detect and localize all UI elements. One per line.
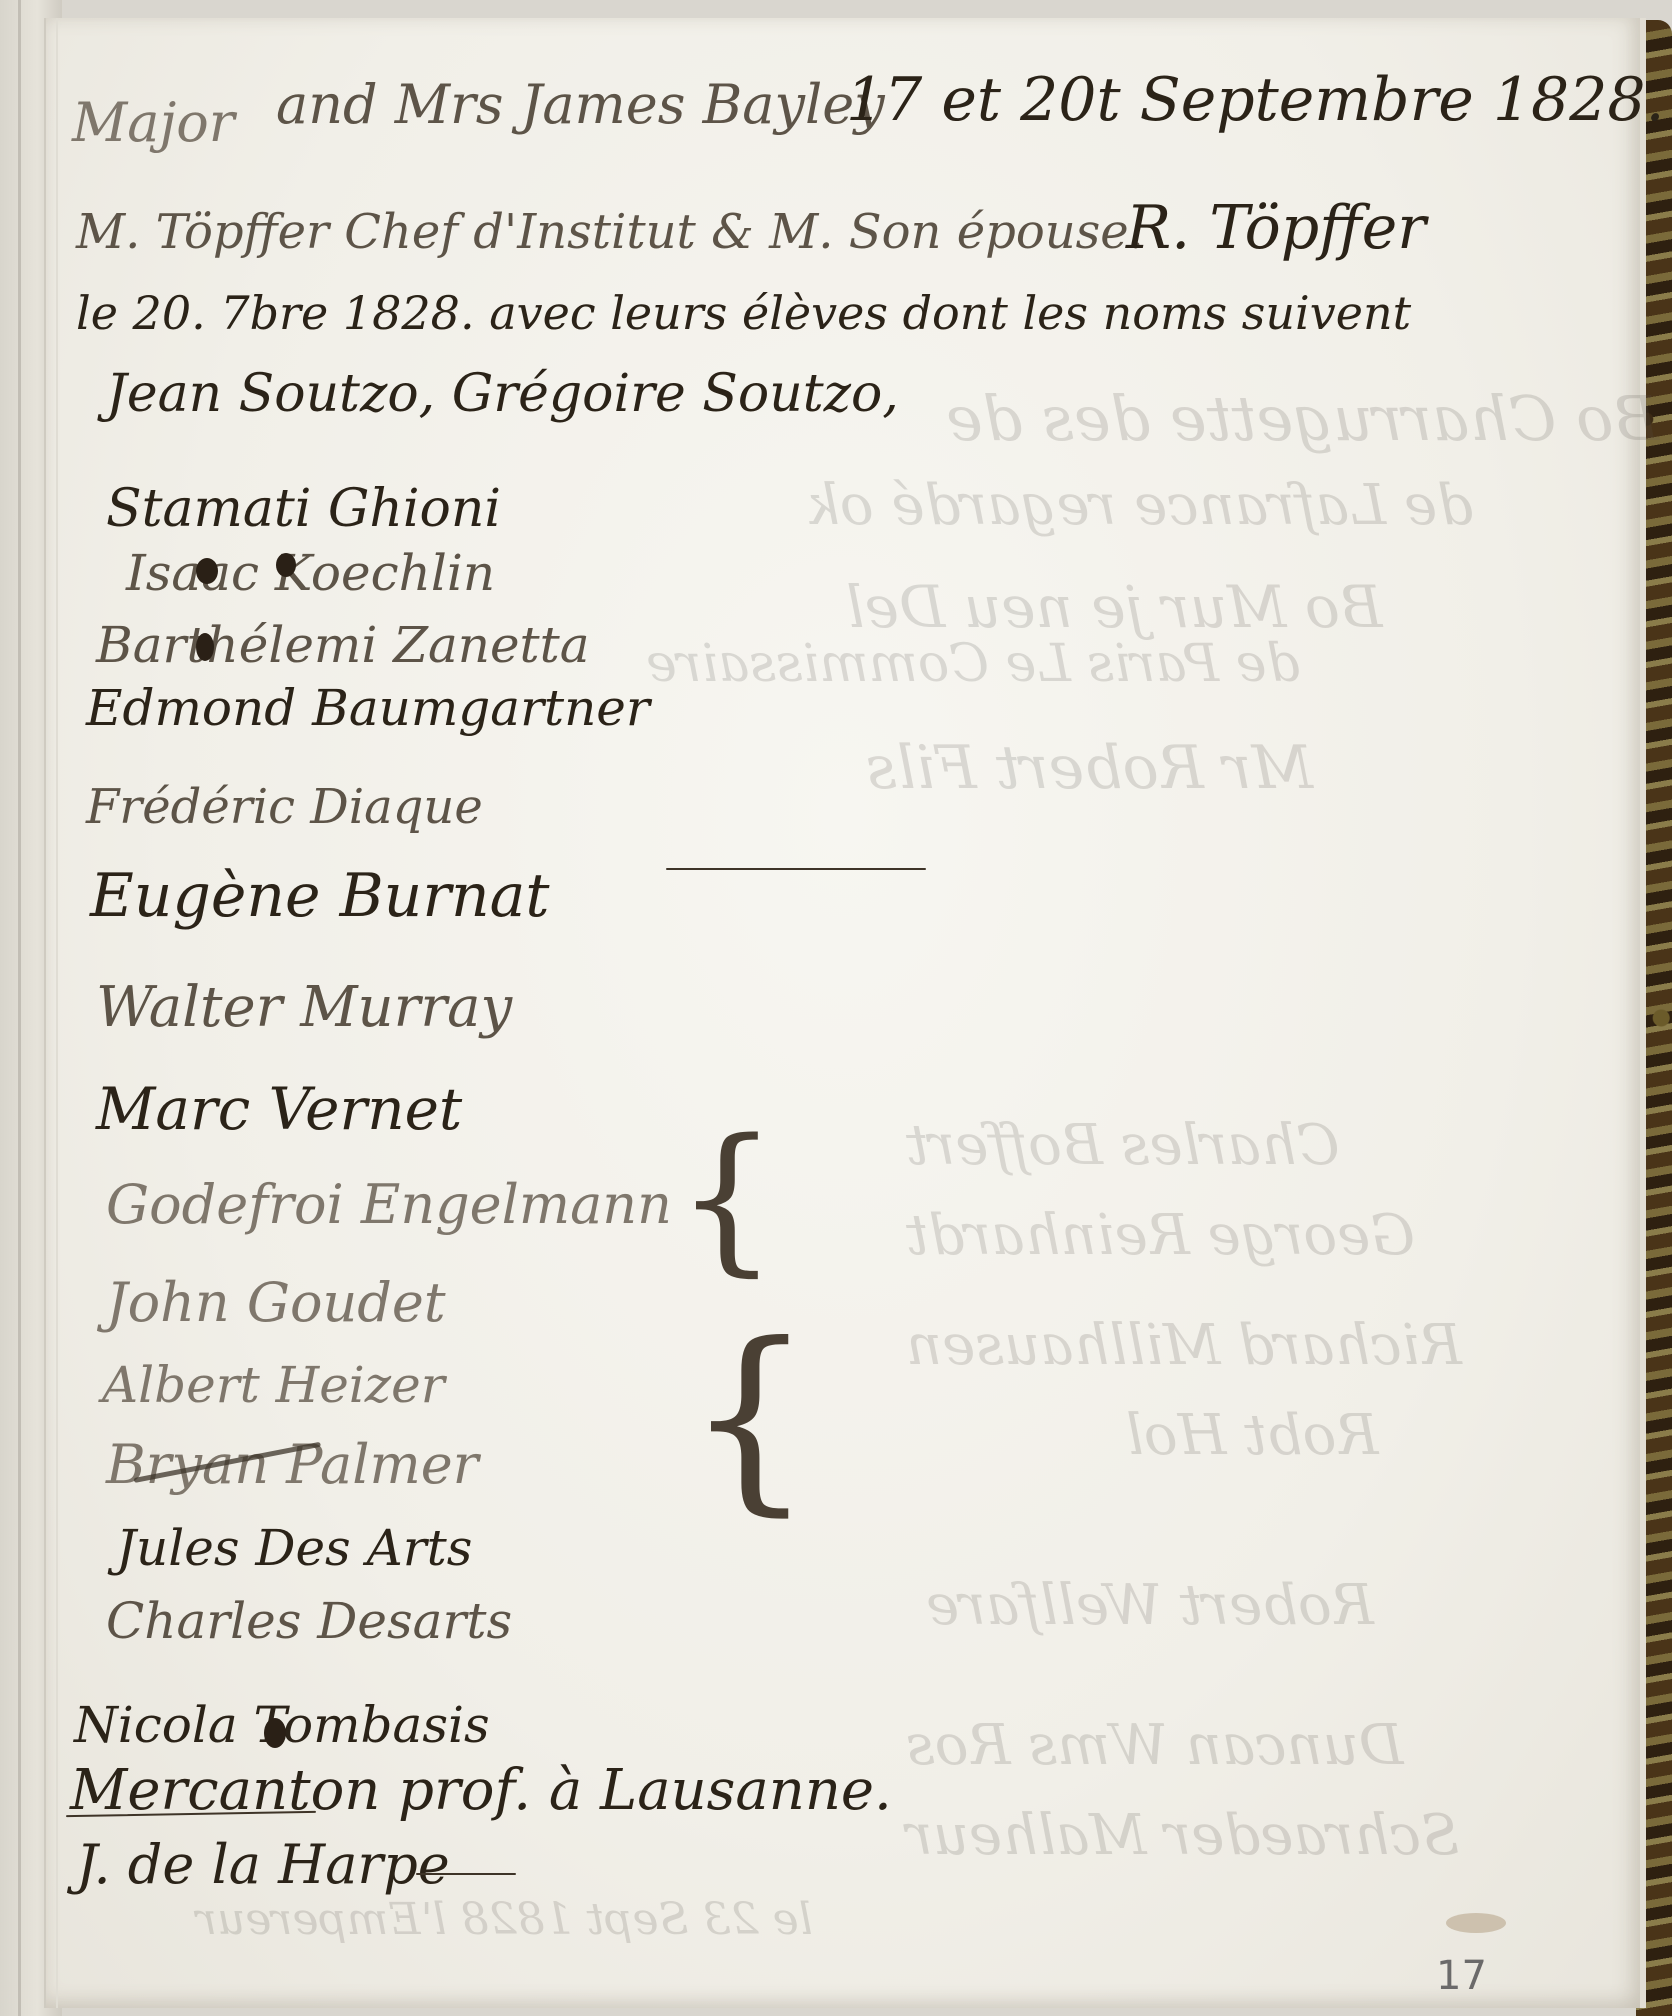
name-entry: Walter Murray [96, 980, 512, 1036]
stain [1446, 1913, 1506, 1933]
name-entry: Mercanton prof. à Lausanne. [70, 1763, 892, 1819]
show-through-text: Bo Charrugette des de [946, 388, 1659, 450]
show-through-text: Robert Wellfare [926, 1578, 1374, 1634]
page-number: 17 [1436, 1953, 1487, 1999]
name-entry: Godefroi Engelmann [106, 1178, 672, 1232]
header-prefix: Major [72, 96, 235, 150]
show-through-text: Robt Hol [1126, 1408, 1379, 1464]
name-entry: Charles Desarts [106, 1596, 512, 1646]
show-through-text: Schraeder Malheur [906, 1808, 1459, 1864]
show-through-text: Richard Millhausen [906, 1318, 1462, 1374]
binding-line [56, 18, 58, 2008]
name-entry: John Goudet [106, 1276, 446, 1330]
show-through-text: Bo Mur je neu Del [846, 578, 1382, 636]
name-entry: Eugène Burnat [90, 866, 550, 926]
show-through-text: George Reinhardt [906, 1208, 1415, 1264]
name-entry: Isaac Koechlin [126, 548, 495, 598]
show-through-text: Charles Boffert [906, 1118, 1340, 1174]
header-line: and Mrs James Bayley [276, 78, 885, 132]
underline [666, 868, 926, 870]
name-entry: Jean Soutzo, Grégoire Soutzo, [106, 368, 899, 420]
name-entry: Marc Vernet [96, 1080, 462, 1138]
entry-intro-line1: M. Töpffer Chef d'Institut & M. Son épou… [76, 208, 1144, 256]
name-entry: Albert Heizer [102, 1360, 445, 1410]
curly-brace: { [686, 1318, 813, 1518]
name-entry: Barthélemi Zanetta [96, 620, 590, 670]
name-entry: J. de la Harpe [76, 1838, 450, 1892]
name-entry: Frédéric Diaque [86, 783, 483, 831]
ink-blot [276, 553, 296, 577]
show-through-text: Duncan Wms Ros [906, 1718, 1403, 1774]
underline [416, 1873, 516, 1875]
manuscript-page: Bo Charrugette des de de Lafrance regard… [44, 18, 1646, 2008]
show-through-text: Mr Robert Fils [866, 738, 1313, 798]
name-entry: Jules Des Arts [116, 1523, 472, 1573]
header-date: 17 et 20t Septembre 1828. [846, 70, 1665, 130]
show-through-text: de Lafrance regardé ok [806, 478, 1473, 534]
entry-signature: R. Töpffer [1126, 198, 1426, 258]
name-entry: Edmond Baumgartner [86, 683, 650, 733]
gutter-line [18, 0, 21, 2016]
show-through-text: le 23 Sept 1828 l'Empereur [196, 1898, 813, 1942]
ink-blot [264, 1718, 286, 1748]
ink-blot [196, 633, 214, 661]
entry-intro-line2: le 20. 7bre 1828. avec leurs élèves dont… [76, 290, 1411, 336]
show-through-text: de Paris Le Commissaire [646, 638, 1300, 690]
curly-brace: { [676, 1118, 778, 1278]
ink-blot [196, 558, 218, 584]
name-entry: Stamati Ghioni [106, 483, 501, 535]
